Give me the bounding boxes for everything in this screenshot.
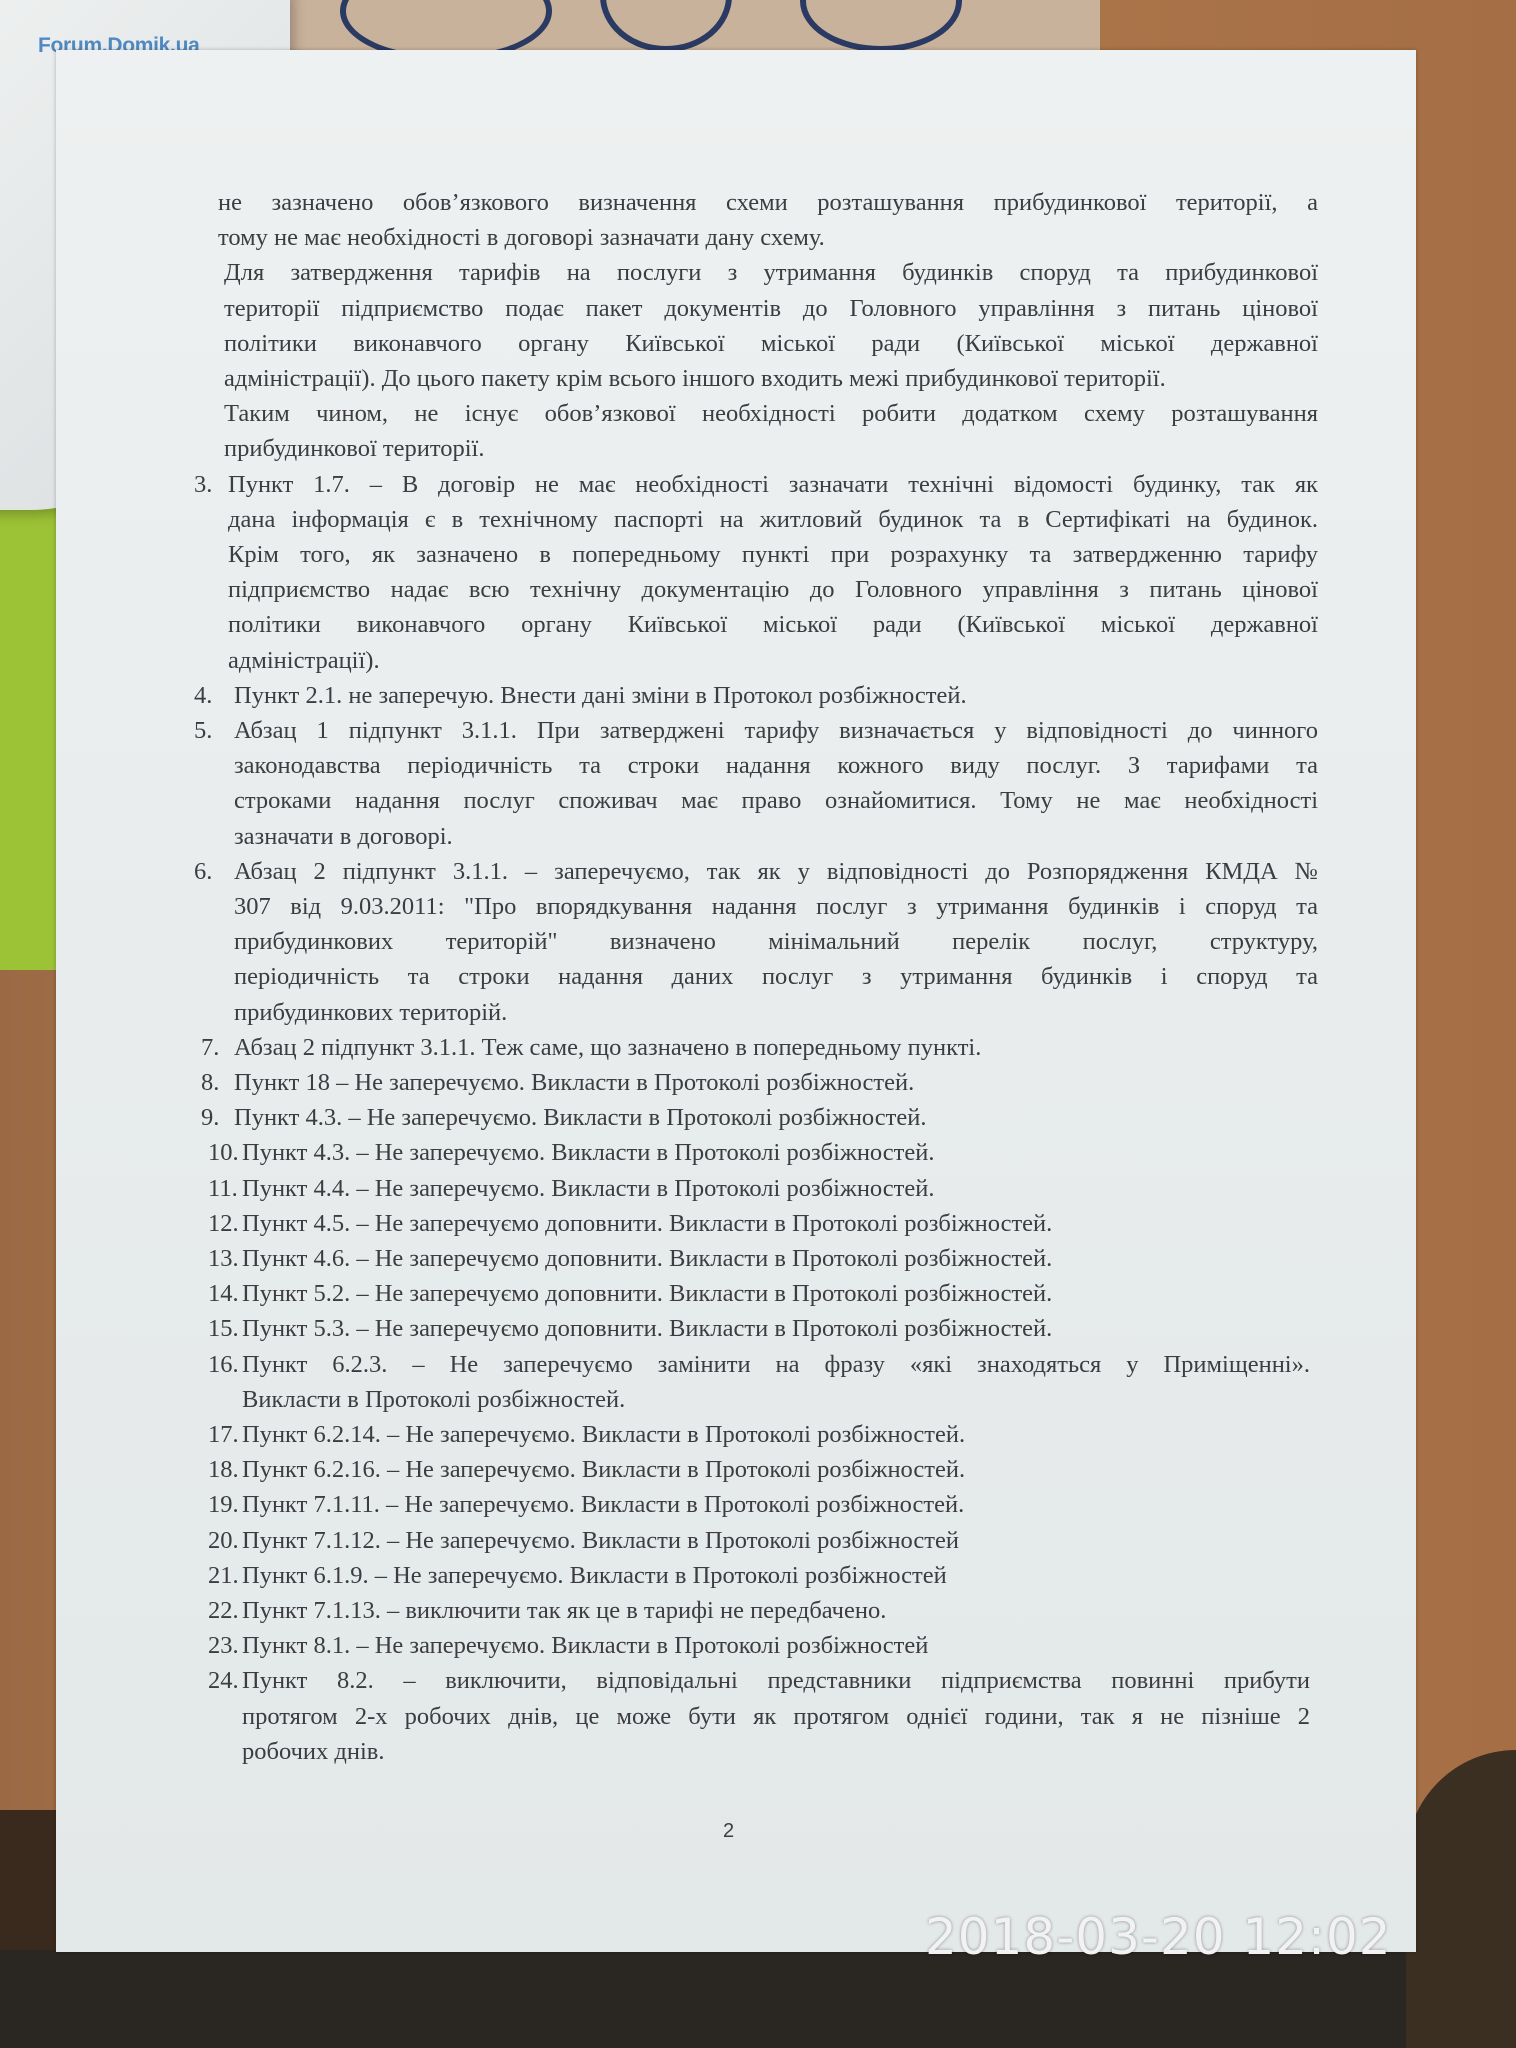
list-item-number: 8. <box>201 1068 219 1098</box>
list-item-text: зазначати в договорі. <box>234 822 453 852</box>
list-item-text: прибудинкових територій" визначено мінім… <box>234 927 1318 957</box>
fabric-pattern-curve <box>600 0 732 52</box>
photo-timestamp: 2018-03-20 12:02 <box>925 1908 1392 1966</box>
list-item-number: 19. <box>208 1490 239 1520</box>
list-item-number: 17. <box>208 1420 239 1450</box>
list-item-text: робочих днів. <box>242 1737 384 1767</box>
list-item-number: 10. <box>208 1138 239 1168</box>
text-line: політики виконавчого органу Київської мі… <box>224 329 1318 359</box>
text-line: Таким чином, не існує обов’язкової необх… <box>224 399 1318 429</box>
text-line: території підприємство подає пакет докум… <box>224 294 1318 324</box>
document-body: не зазначено обов’язкового визначення сх… <box>56 50 1416 1952</box>
list-item-number: 9. <box>201 1103 219 1133</box>
list-item-text: Пункт 8.1. – Не заперечуємо. Викласти в … <box>242 1631 928 1661</box>
list-item-text: Пункт 4.6. – Не заперечуємо доповнити. В… <box>242 1244 1052 1274</box>
list-item-text: дана інформація є в технічному паспорті … <box>228 505 1318 535</box>
list-item-text: Пункт 18 – Не заперечуємо. Викласти в Пр… <box>234 1068 914 1098</box>
list-item-text: Пункт 5.2. – Не заперечуємо доповнити. В… <box>242 1279 1052 1309</box>
list-item-text: Пункт 7.1.13. – виключити так як це в та… <box>242 1596 886 1626</box>
list-item-text: Пункт 2.1. не заперечую. Внести дані змі… <box>234 681 967 711</box>
list-item-text: строками надання послуг споживач має пра… <box>234 786 1318 816</box>
list-item-number: 18. <box>208 1455 239 1485</box>
list-item-text: Пункт 7.1.11. – Не заперечуємо. Викласти… <box>242 1490 964 1520</box>
list-item-text: 307 від 9.03.2011: "Про впорядкування на… <box>234 892 1318 922</box>
list-item-text: протягом 2-х робочих днів, це може бути … <box>242 1702 1310 1732</box>
list-item-text: Абзац 1 підпункт 3.1.1. При затверджені … <box>234 716 1318 746</box>
list-item-text: прибудинкових територій. <box>234 998 507 1028</box>
list-item-text: політики виконавчого органу Київської мі… <box>228 610 1318 640</box>
list-item-text: Пункт 1.7. – В договір не має необхіднос… <box>228 470 1318 500</box>
text-line: не зазначено обов’язкового визначення сх… <box>218 188 1318 218</box>
list-item-text: Крім того, як зазначено в попередньому п… <box>228 540 1318 570</box>
text-line: адміністрації). До цього пакету крім всь… <box>224 364 1166 394</box>
list-item-text: періодичність та строки надання даних по… <box>234 962 1318 992</box>
list-item-text: Абзац 2 підпункт 3.1.1. Теж саме, що заз… <box>234 1033 981 1063</box>
list-item-number: 11. <box>208 1174 238 1204</box>
list-item-number: 21. <box>208 1561 239 1591</box>
list-item-text: Пункт 6.2.16. – Не заперечуємо. Викласти… <box>242 1455 965 1485</box>
list-item-text: Пункт 6.1.9. – Не заперечуємо. Викласти … <box>242 1561 947 1591</box>
list-item-number: 5. <box>194 716 212 746</box>
list-item-text: Пункт 5.3. – Не заперечуємо доповнити. В… <box>242 1314 1052 1344</box>
list-item-text: Пункт 6.2.3. – Не заперечуємо замінити н… <box>242 1350 1310 1380</box>
list-item-number: 16. <box>208 1350 239 1380</box>
list-item-text: Пункт 7.1.12. – Не заперечуємо. Викласти… <box>242 1526 959 1556</box>
list-item-number: 20. <box>208 1526 239 1556</box>
list-item-text: Викласти в Протоколі розбіжностей. <box>242 1385 625 1415</box>
list-item-number: 15. <box>208 1314 239 1344</box>
list-item-number: 14. <box>208 1279 239 1309</box>
list-item-text: підприємство надає всю технічну документ… <box>228 575 1318 605</box>
list-item-number: 4. <box>194 681 212 711</box>
list-item-number: 24. <box>208 1666 239 1696</box>
list-item-number: 6. <box>194 857 212 887</box>
list-item-text: Абзац 2 підпункт 3.1.1. – заперечуємо, т… <box>234 857 1318 887</box>
document-page: не зазначено обов’язкового визначення сх… <box>56 50 1416 1952</box>
list-item-number: 3. <box>194 470 212 500</box>
list-item-number: 12. <box>208 1209 239 1239</box>
list-item-text: Пункт 8.2. – виключити, відповідальні пр… <box>242 1666 1310 1696</box>
page-number: 2 <box>723 1820 734 1843</box>
list-item-number: 23. <box>208 1631 239 1661</box>
text-line: прибудинкової території. <box>224 434 484 464</box>
list-item-text: Пункт 6.2.14. – Не заперечуємо. Викласти… <box>242 1420 965 1450</box>
list-item-text: Пункт 4.5. – Не заперечуємо доповнити. В… <box>242 1209 1052 1239</box>
list-item-text: Пункт 4.3. – Не заперечуємо. Викласти в … <box>234 1103 926 1133</box>
text-line: Для затвердження тарифів на послуги з ут… <box>224 258 1318 288</box>
list-item-text: Пункт 4.3. – Не заперечуємо. Викласти в … <box>242 1138 934 1168</box>
list-item-number: 22. <box>208 1596 239 1626</box>
text-line: тому не має необхідності в договорі зазн… <box>218 223 825 253</box>
list-item-text: Пункт 4.4. – Не заперечуємо. Викласти в … <box>242 1174 934 1204</box>
list-item-number: 7. <box>201 1033 219 1063</box>
fabric-pattern-curve <box>800 0 962 52</box>
list-item-number: 13. <box>208 1244 239 1274</box>
list-item-text: адміністрації). <box>228 646 380 676</box>
list-item-text: законодавства періодичність та строки на… <box>234 751 1318 781</box>
